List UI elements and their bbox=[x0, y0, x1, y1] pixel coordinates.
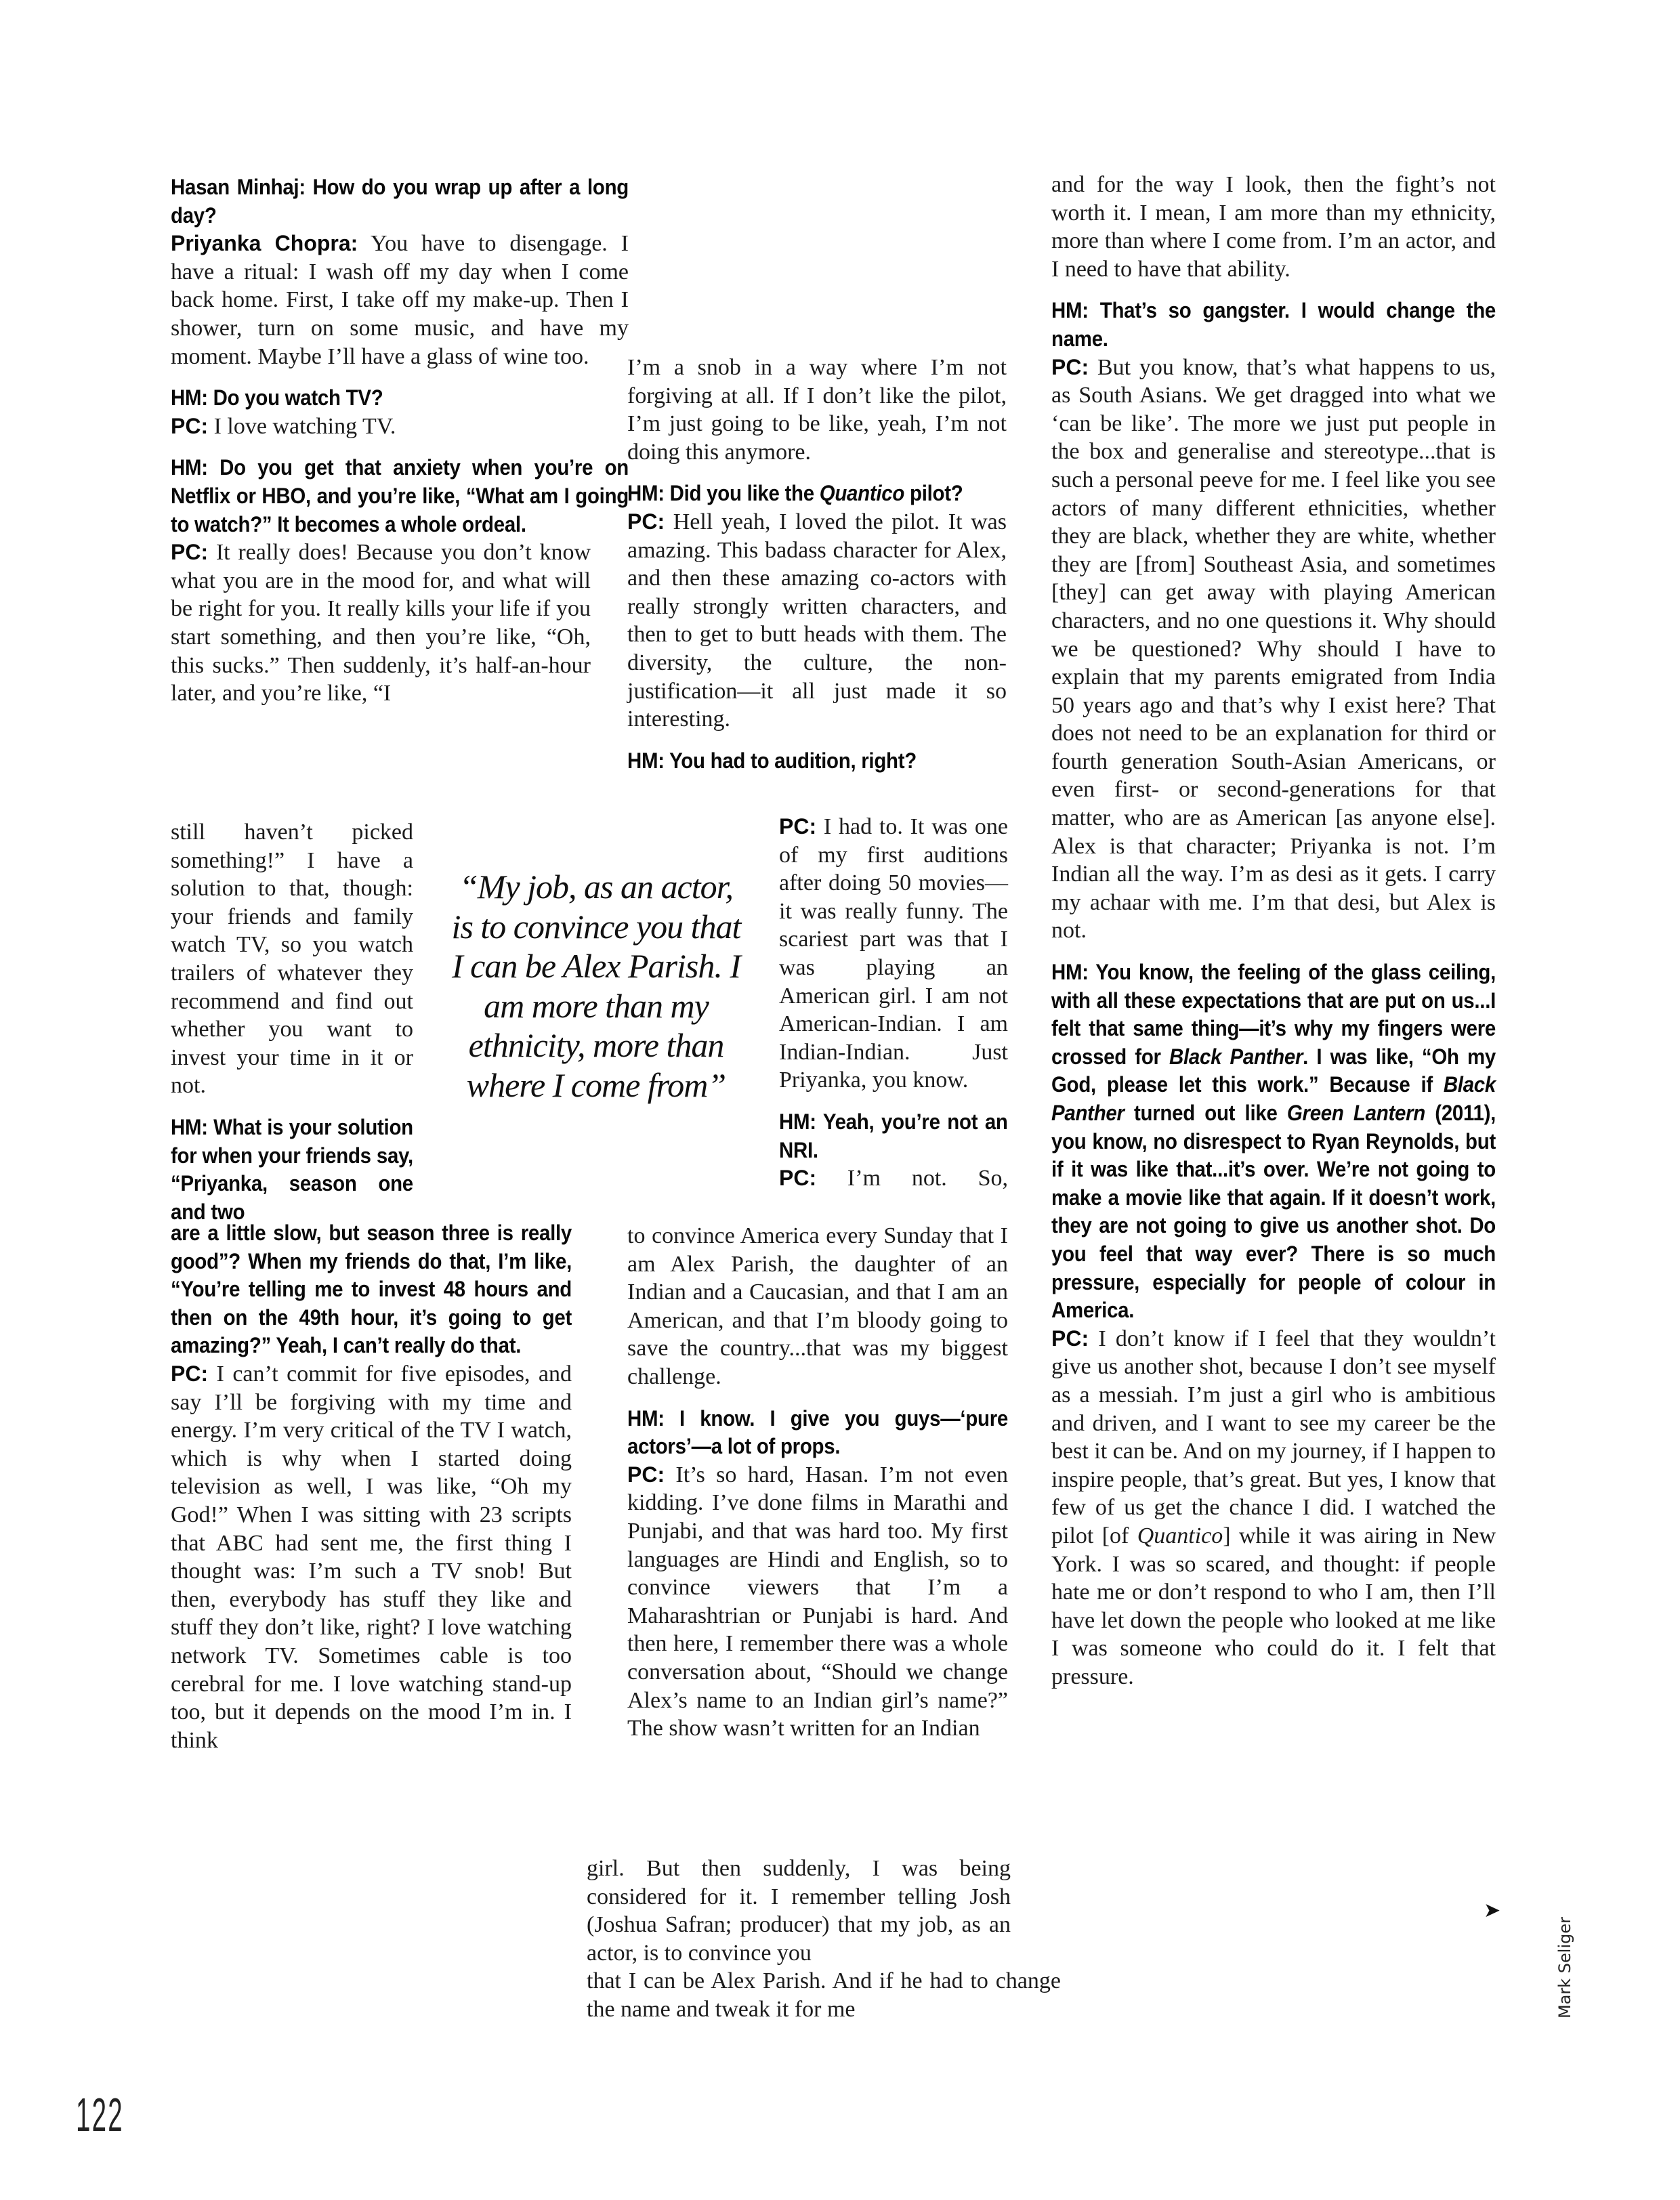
photo-credit: Mark Seliger bbox=[1555, 1917, 1574, 2018]
answer-props: PC: It’s so hard, Hasan. I’m not even ki… bbox=[627, 1461, 1008, 1743]
middle-column-bottom: to convince America every Sunday that I … bbox=[627, 1222, 1008, 1743]
answer-props-continued: girl. But then suddenly, I was being con… bbox=[587, 1855, 1011, 1967]
film-title: Green Lantern bbox=[1287, 1101, 1425, 1125]
question-glass-ceiling: HM: You know, the feeling of the glass c… bbox=[1051, 958, 1496, 1325]
middle-column-narrow: PC: I had to. It was one of my first aud… bbox=[779, 813, 1008, 1193]
pull-quote: “My job, as an actor, is to convince you… bbox=[447, 867, 745, 1105]
question-solution-part2: are a little slow, but season three is r… bbox=[171, 1219, 572, 1360]
left-column-top: Hasan Minhaj: How do you wrap up after a… bbox=[171, 173, 629, 708]
answer-snob-continued: I’m a snob in a way where I’m not forgiv… bbox=[627, 354, 1007, 466]
question-wrap-up: Hasan Minhaj: How do you wrap up after a… bbox=[171, 173, 629, 230]
answer-nri-start: PC: I’m not. So, bbox=[779, 1164, 1008, 1193]
answer-south-asians: PC: But you know, that’s what happens to… bbox=[1051, 354, 1496, 945]
show-title: Quantico bbox=[820, 481, 904, 505]
speaker-label: Priyanka Chopra: bbox=[171, 231, 358, 255]
middle-column-overflow-wide: that I can be Alex Parish. And if he had… bbox=[587, 1967, 1061, 2023]
answer-nri: to convince America every Sunday that I … bbox=[627, 1222, 1008, 1391]
answer-wrap-up: Priyanka Chopra: You have to disengage. … bbox=[171, 230, 629, 371]
question-quantico-pilot: HM: Did you like the Quantico pilot? bbox=[627, 480, 1007, 508]
answer-audition: PC: I had to. It was one of my first aud… bbox=[779, 813, 1008, 1095]
film-title: Black Panther bbox=[1169, 1044, 1303, 1069]
question-audition: HM: You had to audition, right? bbox=[627, 747, 1007, 776]
answer-watch-tv: PC: I love watching TV. bbox=[171, 412, 629, 441]
page-number: 122 bbox=[76, 2088, 124, 2142]
speaker-label: PC: bbox=[171, 540, 208, 564]
answer-quantico-pilot: PC: Hell yeah, I loved the pilot. It was… bbox=[627, 508, 1007, 734]
middle-column-top: I’m a snob in a way where I’m not forgiv… bbox=[627, 354, 1007, 775]
answer-anxiety-continued: still haven’t picked something!” I have … bbox=[171, 818, 413, 1100]
middle-column-overflow: girl. But then suddenly, I was being con… bbox=[587, 1855, 1011, 1967]
speaker-label: PC: bbox=[627, 1462, 665, 1487]
speaker-label: PC: bbox=[1051, 1326, 1089, 1351]
question-props: HM: I know. I give you guys—‘pure actors… bbox=[627, 1405, 1008, 1461]
speaker-label: PC: bbox=[779, 1166, 816, 1190]
left-column-narrow: still haven’t picked something!” I have … bbox=[171, 818, 413, 1226]
continue-arrow-icon: ➤ bbox=[1484, 1899, 1500, 1922]
speaker-label: PC: bbox=[627, 509, 665, 534]
speaker-label: PC: bbox=[171, 1361, 208, 1386]
question-solution-part1: HM: What is your solution for when your … bbox=[171, 1114, 413, 1226]
answer-fight-continued: and for the way I look, then the fight’s… bbox=[1051, 171, 1496, 283]
question-nri: HM: Yeah, you’re not an NRI. bbox=[779, 1108, 1008, 1164]
show-title: Quantico bbox=[1137, 1523, 1223, 1548]
right-column: and for the way I look, then the fight’s… bbox=[1051, 171, 1496, 1691]
speaker-label: PC: bbox=[1051, 355, 1089, 379]
answer-solution: PC: I can’t commit for five episodes, an… bbox=[171, 1360, 572, 1754]
speaker-label: PC: bbox=[171, 414, 208, 438]
question-anxiety: HM: Do you get that anxiety when you’re … bbox=[171, 454, 629, 538]
left-column-bottom: are a little slow, but season three is r… bbox=[171, 1219, 572, 1754]
answer-anxiety: PC: It really does! Because you don’t kn… bbox=[171, 538, 591, 708]
answer-props-final: that I can be Alex Parish. And if he had… bbox=[587, 1967, 1061, 2023]
question-gangster: HM: That’s so gangster. I would change t… bbox=[1051, 297, 1496, 353]
speaker-label: PC: bbox=[779, 814, 816, 839]
question-watch-tv: HM: Do you watch TV? bbox=[171, 384, 629, 412]
answer-pressure: PC: I don’t know if I feel that they wou… bbox=[1051, 1325, 1496, 1691]
